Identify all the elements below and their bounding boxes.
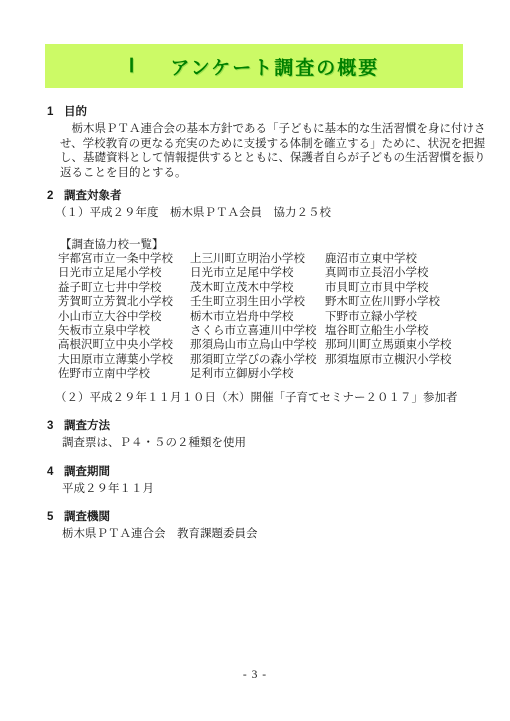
section-purpose-heading: 1目的 xyxy=(47,105,472,120)
school-name: 矢板市立泉中学校 xyxy=(58,324,190,338)
school-name: 茂木町立茂木中学校 xyxy=(190,281,325,295)
section-subjects-heading: 2調査対象者 xyxy=(47,189,472,204)
school-name: 小山市立大谷中学校 xyxy=(58,310,190,324)
paragraph-line: し、基礎資料として情報提供するとともに、保護者自らが子どもの生活習慣を振り xyxy=(60,151,472,166)
paragraph-line: せ、学校教育の更なる充実のために支援する体制を確立する」ために、状況を把握 xyxy=(60,137,472,152)
subjects-item-2: （２）平成２９年１１月１０日（木）開催「子育てセミナー２０１７」参加者 xyxy=(55,391,472,406)
school-name: 那須塩原市立槻沢小学校 xyxy=(325,353,472,367)
school-name: 大田原市立薄葉小学校 xyxy=(58,353,190,367)
school-name: 真岡市立長沼小学校 xyxy=(325,266,472,280)
section-agency-heading: 5調査機関 xyxy=(47,510,472,525)
school-name: 塩谷町立船生小学校 xyxy=(325,324,472,338)
school-list: 宇都宮市立一条中学校 上三川町立明治小学校 鹿沼市立東中学校 日光市立足尾小学校… xyxy=(58,252,472,382)
section-purpose: 1目的 栃木県ＰＴＡ連合会の基本方針である「子どもに基本的な生活習慣を身に付けさ… xyxy=(47,105,472,180)
school-name: 壬生町立羽生田小学校 xyxy=(190,295,325,309)
school-name: 下野市立緑小学校 xyxy=(325,310,472,324)
school-name: 市貝町立市貝中学校 xyxy=(325,281,472,295)
section-label: 調査期間 xyxy=(64,466,110,478)
section-label: 調査方法 xyxy=(64,420,110,432)
section-method: 3調査方法 調査票は、Ｐ４・５の２種類を使用 xyxy=(47,419,472,451)
school-name: 益子町立七井中学校 xyxy=(58,281,190,295)
section-number: 5 xyxy=(47,510,64,525)
school-name: 佐野市立南中学校 xyxy=(58,367,190,381)
school-name: 日光市立足尾中学校 xyxy=(190,266,325,280)
paragraph-line: 栃木県ＰＴＡ連合会の基本方針である「子どもに基本的な生活習慣を身に付けさ xyxy=(60,122,472,137)
school-name: 足利市立御厨小学校 xyxy=(190,367,325,381)
document-page: Ⅰ アンケート調査の概要 1目的 栃木県ＰＴＡ連合会の基本方針である「子どもに基… xyxy=(0,0,510,721)
section-period: 4調査期間 平成２９年１１月 xyxy=(47,465,472,497)
school-name: 高根沢町立中央小学校 xyxy=(58,338,190,352)
section-method-heading: 3調査方法 xyxy=(47,419,472,434)
section-label: 目的 xyxy=(64,106,87,118)
subjects-item-1: （１）平成２９年度 栃木県ＰＴＡ会員 協力２５校 xyxy=(55,206,472,221)
school-name: さくら市立喜連川中学校 xyxy=(190,324,325,338)
page-number: - 3 - xyxy=(0,669,510,681)
school-name: 那須烏山市立烏山中学校 xyxy=(190,338,325,352)
agency-body: 栃木県ＰＴＡ連合会 教育課題委員会 xyxy=(62,527,472,542)
document-body: 1目的 栃木県ＰＴＡ連合会の基本方針である「子どもに基本的な生活習慣を身に付けさ… xyxy=(47,97,472,542)
section-number: 2 xyxy=(47,189,64,204)
school-name: 芳賀町立芳賀北小学校 xyxy=(58,295,190,309)
school-name xyxy=(325,367,472,381)
section-agency: 5調査機関 栃木県ＰＴＡ連合会 教育課題委員会 xyxy=(47,510,472,542)
school-name: 鹿沼市立東中学校 xyxy=(325,252,472,266)
chapter-numeral: Ⅰ xyxy=(129,55,137,78)
method-body: 調査票は、Ｐ４・５の２種類を使用 xyxy=(62,436,472,451)
section-number: 1 xyxy=(47,105,64,120)
school-name: 宇都宮市立一条中学校 xyxy=(58,252,190,266)
section-period-heading: 4調査期間 xyxy=(47,465,472,480)
page-title: アンケート調査の概要 xyxy=(170,53,379,80)
school-name: 上三川町立明治小学校 xyxy=(190,252,325,266)
section-number: 3 xyxy=(47,419,64,434)
school-name: 日光市立足尾小学校 xyxy=(58,266,190,280)
section-number: 4 xyxy=(47,465,64,480)
school-name: 野木町立佐川野小学校 xyxy=(325,295,472,309)
purpose-paragraph: 栃木県ＰＴＡ連合会の基本方針である「子どもに基本的な生活習慣を身に付けさ せ、学… xyxy=(60,122,472,180)
paragraph-line: 返ることを目的とする。 xyxy=(60,166,472,181)
school-list-label: 【調査協力校一覧】 xyxy=(60,238,472,253)
section-label: 調査機関 xyxy=(64,511,110,523)
section-subjects: 2調査対象者 （１）平成２９年度 栃木県ＰＴＡ会員 協力２５校 【調査協力校一覧… xyxy=(47,189,472,405)
school-name: 那須町立学びの森小学校 xyxy=(190,353,325,367)
period-body: 平成２９年１１月 xyxy=(62,482,472,497)
section-label: 調査対象者 xyxy=(64,190,122,202)
school-name: 栃木市立岩舟中学校 xyxy=(190,310,325,324)
school-name: 那珂川町立馬頭東小学校 xyxy=(325,338,472,352)
section-title-banner: Ⅰ アンケート調査の概要 xyxy=(45,44,463,88)
